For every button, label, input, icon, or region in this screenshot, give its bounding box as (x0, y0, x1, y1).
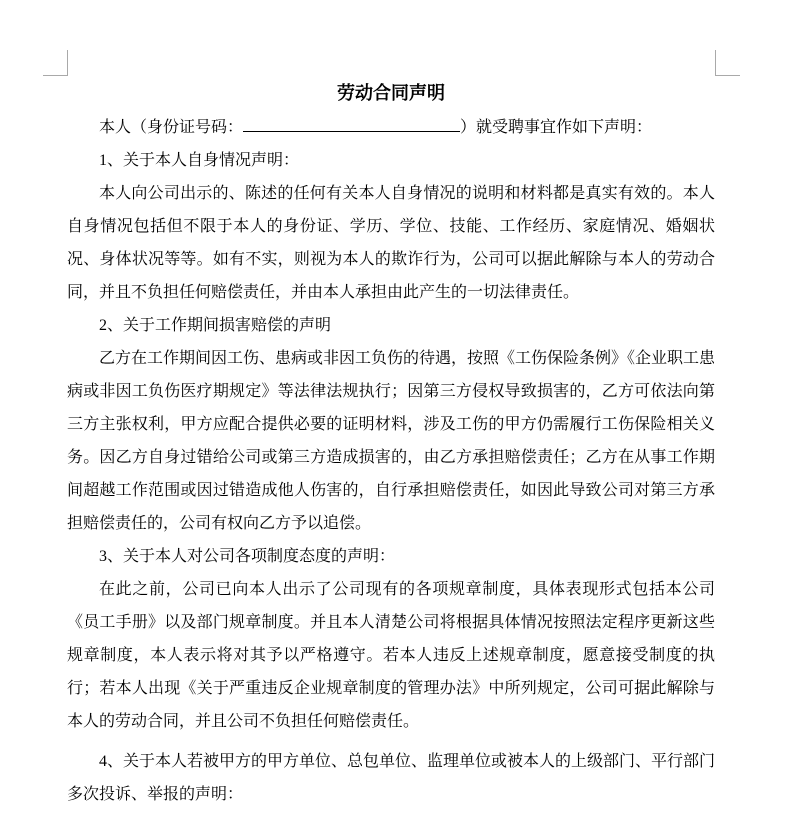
document-page: 劳动合同声明 本人（身份证号码：）就受聘事宜作如下声明： 1、关于本人自身情况声… (0, 0, 785, 816)
section-2: 2、关于工作期间损害赔偿的声明 乙方在工作期间因工伤、患病或非因工负伤的待遇，按… (67, 309, 715, 540)
section-1: 1、关于本人自身情况声明： 本人向公司出示的、陈述的任何有关本人自身情况的说明和… (67, 144, 715, 309)
document-title: 劳动合同声明 (67, 75, 715, 111)
section-3-body: 在此之前，公司已向本人出示了公司现有的各项规章制度，具体表现形式包括本公司《员工… (67, 573, 715, 738)
margin-crop-mark-top-right (715, 50, 740, 76)
section-1-heading: 1、关于本人自身情况声明： (67, 144, 715, 177)
section-2-heading: 2、关于工作期间损害赔偿的声明 (67, 309, 715, 342)
id-number-blank-field[interactable] (243, 114, 460, 132)
intro-line: 本人（身份证号码：）就受聘事宜作如下声明： (67, 111, 715, 144)
section-1-body: 本人向公司出示的、陈述的任何有关本人自身情况的说明和材料都是真实有效的。本人自身… (67, 177, 715, 309)
section-3-heading: 3、关于本人对公司各项制度态度的声明： (67, 540, 715, 573)
section-4-heading: 4、关于本人若被甲方的甲方单位、总包单位、监理单位或被本人的上级部门、平行部门多… (67, 745, 715, 811)
section-2-body: 乙方在工作期间因工伤、患病或非因工负伤的待遇，按照《工伤保险条例》《企业职工患病… (67, 342, 715, 540)
intro-prefix: 本人（身份证号码： (99, 119, 243, 136)
intro-suffix: ）就受聘事宜作如下声明： (460, 119, 652, 136)
section-3: 3、关于本人对公司各项制度态度的声明： 在此之前，公司已向本人出示了公司现有的各… (67, 540, 715, 738)
document-body: 劳动合同声明 本人（身份证号码：）就受聘事宜作如下声明： 1、关于本人自身情况声… (67, 75, 715, 811)
margin-crop-mark-top-left (43, 50, 68, 76)
section-4: 4、关于本人若被甲方的甲方单位、总包单位、监理单位或被本人的上级部门、平行部门多… (67, 745, 715, 811)
